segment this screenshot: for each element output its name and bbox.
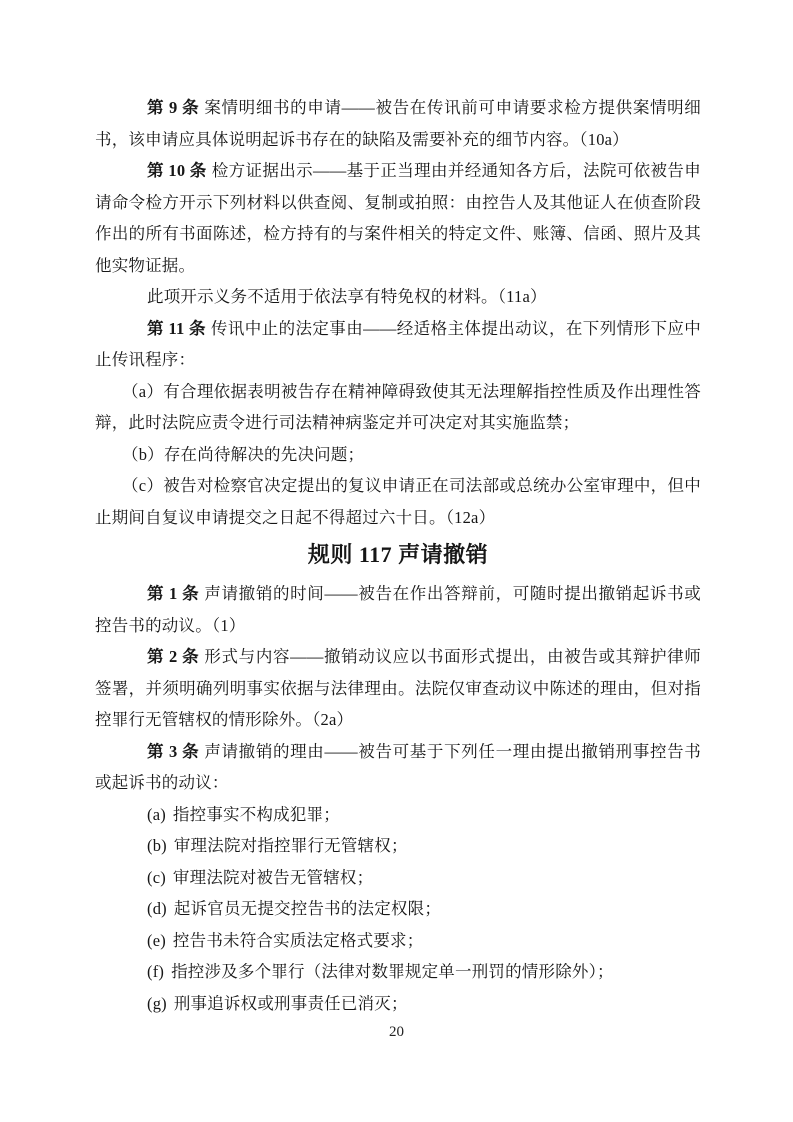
paragraph: 第 9 条案情明细书的申请——被告在传讯前可申请要求检方提供案情明细书，该申请应… [95,92,701,155]
paragraph-text: 此项开示义务不适用于依法享有特免权的材料。（11a） [147,287,547,306]
paragraph-text: （c）被告对检察官决定提出的复议申请正在司法部或总统办公室审理中，但中止期间自复… [95,476,701,527]
paragraph-text: 审理法院对被告无管辖权； [173,868,373,887]
list-marker: (d) [147,899,167,918]
paragraph: 第 11 条传讯中止的法定事由——经适格主体提出动议，在下列情形下应中止传讯程序… [95,313,701,376]
article-number: 第 2 条 [147,647,199,666]
rule-heading: 规则 117 声请撤销 [95,537,701,573]
article-number: 第 1 条 [147,584,199,603]
article-number: 第 10 条 [147,161,207,180]
paragraph: （a）有合理依据表明被告存在精神障碍致使其无法理解指控性质及作出理性答辩，此时法… [95,376,701,439]
paragraph: 第 3 条声请撤销的理由——被告可基于下列任一理由提出撤销刑事控告书或起诉书的动… [95,736,701,799]
paragraph-text: 控告书未符合实质法定格式要求； [173,931,424,950]
list-marker: (f) [147,962,164,981]
article-number: 第 3 条 [147,742,199,761]
page-number: 20 [0,1022,793,1042]
paragraph-text: 审理法院对指控罪行无管辖权； [174,836,408,855]
paragraph-text: 指控涉及多个罪行（法律对数罪规定单一刑罚的情形除外）； [171,962,614,981]
list-marker: (g) [147,994,167,1013]
list-marker: (a) [147,805,166,824]
paragraph: （b）存在尚待解决的先决问题； [95,439,701,471]
list-marker: (e) [147,931,166,950]
paragraph: 此项开示义务不适用于依法享有特免权的材料。（11a） [95,281,701,313]
list-item: (d)起诉官员无提交控告书的法定权限； [95,893,701,925]
list-marker: (b) [147,836,167,855]
list-item: (c)审理法院对被告无管辖权； [95,862,701,894]
document-page: 第 9 条案情明细书的申请——被告在传讯前可申请要求检方提供案情明细书，该申请应… [0,0,793,1122]
paragraph: 第 2 条形式与内容——撤销动议应以书面形式提出，由被告或其辩护律师签署，并须明… [95,641,701,736]
list-item: (b)审理法院对指控罪行无管辖权； [95,830,701,862]
list-item: (e)控告书未符合实质法定格式要求； [95,925,701,957]
paragraph-text: （b）存在尚待解决的先决问题； [122,445,364,464]
list-marker: (c) [147,868,166,887]
list-item: (f)指控涉及多个罪行（法律对数罪规定单一刑罚的情形除外）； [95,956,701,988]
paragraph: 第 10 条检方证据出示——基于正当理由并经通知各方后，法院可依被告申请命令检方… [95,155,701,281]
paragraph: 第 1 条声请撤销的时间——被告在作出答辩前，可随时提出撤销起诉书或控告书的动议… [95,578,701,641]
list-item: (g)刑事追诉权或刑事责任已消灭； [95,988,701,1020]
article-number: 第 11 条 [147,319,206,338]
paragraph-text: 刑事追诉权或刑事责任已消灭； [174,994,408,1013]
page-content: 第 9 条案情明细书的申请——被告在传讯前可申请要求检方提供案情明细书，该申请应… [95,92,701,1019]
paragraph-text: 指控事实不构成犯罪； [173,805,340,824]
paragraph: （c）被告对检察官决定提出的复议申请正在司法部或总统办公室审理中，但中止期间自复… [95,470,701,533]
paragraph-text: （a）有合理依据表明被告存在精神障碍致使其无法理解指控性质及作出理性答辩，此时法… [95,382,701,433]
article-number: 第 9 条 [147,98,199,117]
paragraph-text: 起诉官员无提交控告书的法定权限； [174,899,441,918]
list-item: (a)指控事实不构成犯罪； [95,799,701,831]
